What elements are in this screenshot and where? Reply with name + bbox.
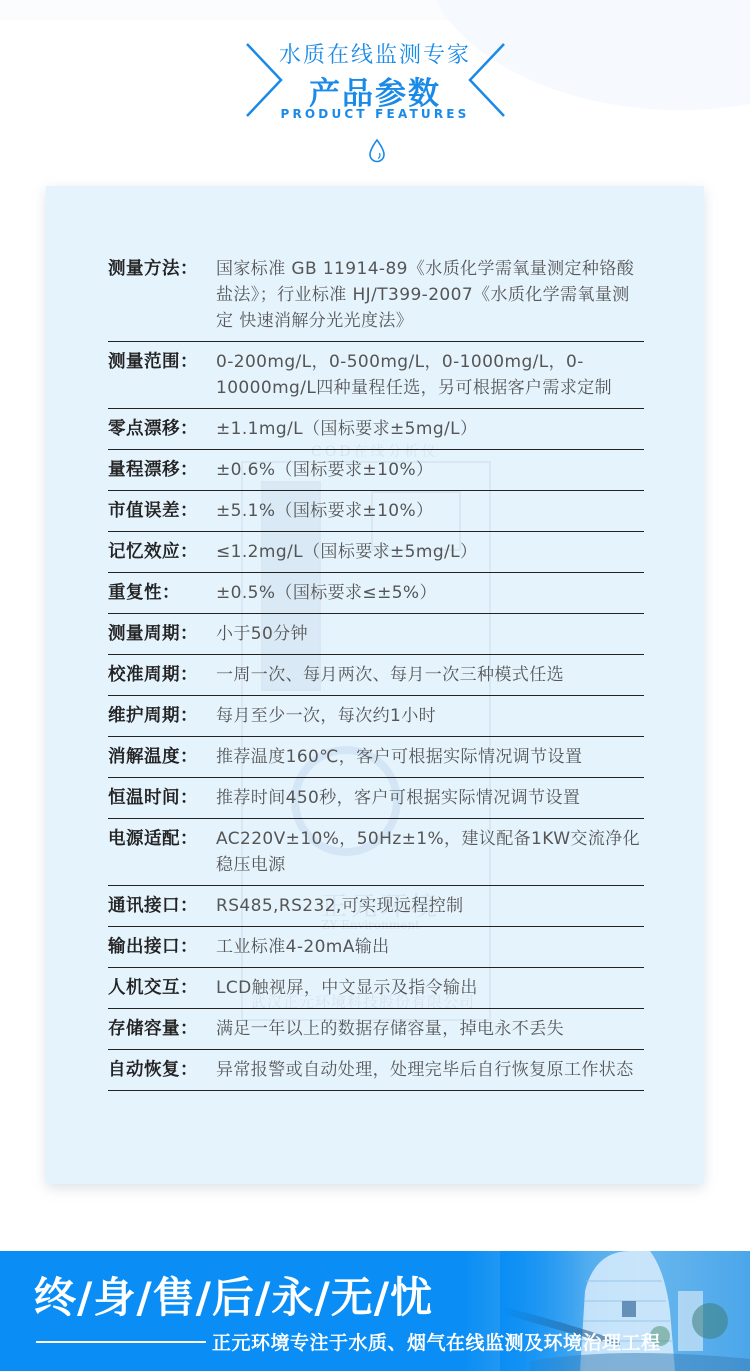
- spec-value: ≤1.2mg/L（国标要求±5mg/L）: [216, 539, 644, 565]
- spec-label: 存储容量：: [108, 1016, 216, 1042]
- spec-row-repeatability: 重复性： ±0.5%（国标要求≤±5%）: [108, 580, 644, 614]
- spec-value: 0-200mg/L，0-500mg/L，0-1000mg/L，0-10000mg…: [216, 349, 644, 401]
- spec-value: 推荐时间450秒，客户可根据实际情况调节设置: [216, 785, 644, 811]
- spec-value: 国家标准 GB 11914-89《水质化学需氧量测定种铬酸盐法》；行业标准 HJ…: [216, 256, 644, 334]
- spec-row-memory-effect: 记忆效应： ≤1.2mg/L（国标要求±5mg/L）: [108, 539, 644, 573]
- spec-value: 小于50分钟: [216, 621, 644, 647]
- spec-label: 通讯接口：: [108, 893, 216, 919]
- spec-value: RS485,RS232,可实现远程控制: [216, 893, 644, 919]
- spec-label: 测量方法：: [108, 256, 216, 334]
- section-header: 水质在线监测专家 产品参数 PRODUCT FEATURES: [0, 0, 750, 170]
- spec-value: AC220V±10%，50Hz±1%，建议配备1KW交流净化稳压电源: [216, 826, 644, 878]
- spec-row-maintenance-cycle: 维护周期： 每月至少一次，每次约1小时: [108, 703, 644, 737]
- spec-label: 电源适配：: [108, 826, 216, 878]
- spec-label: 消解温度：: [108, 744, 216, 770]
- spec-label: 重复性：: [108, 580, 216, 606]
- spec-label: 零点漂移：: [108, 416, 216, 442]
- spec-label: 维护周期：: [108, 703, 216, 729]
- spec-row-zero-drift: 零点漂移： ±1.1mg/L（国标要求±5mg/L）: [108, 416, 644, 450]
- spec-value: ±0.6%（国标要求±10%）: [216, 457, 644, 483]
- spec-row-method: 测量方法： 国家标准 GB 11914-89《水质化学需氧量测定种铬酸盐法》；行…: [108, 256, 644, 342]
- spec-label: 人机交互：: [108, 975, 216, 1001]
- spec-row-auto-recovery: 自动恢复： 异常报警或自动处理，处理完毕后自行恢复原工作状态: [108, 1057, 644, 1091]
- spec-row-error: 市值误差： ±5.1%（国标要求±10%）: [108, 498, 644, 532]
- spec-label: 量程漂移：: [108, 457, 216, 483]
- spec-value: 满足一年以上的数据存储容量，掉电永不丢失: [216, 1016, 644, 1042]
- spec-row-constant-temp-time: 恒温时间： 推荐时间450秒，客户可根据实际情况调节设置: [108, 785, 644, 819]
- spec-row-range: 测量范围： 0-200mg/L，0-500mg/L，0-1000mg/L，0-1…: [108, 349, 644, 409]
- spec-value: ±5.1%（国标要求±10%）: [216, 498, 644, 524]
- spec-value: 异常报警或自动处理，处理完毕后自行恢复原工作状态: [216, 1057, 644, 1083]
- spec-value: LCD触视屏，中文显示及指令输出: [216, 975, 644, 1001]
- banner-divider: [36, 1341, 206, 1343]
- spec-row-storage: 存储容量： 满足一年以上的数据存储容量，掉电永不丢失: [108, 1016, 644, 1050]
- spec-label: 市值误差：: [108, 498, 216, 524]
- spec-value: ±0.5%（国标要求≤±5%）: [216, 580, 644, 606]
- spec-row-digestion-temp: 消解温度： 推荐温度160℃，客户可根据实际情况调节设置: [108, 744, 644, 778]
- spec-value: 工业标准4-20mA输出: [216, 934, 644, 960]
- water-drop-icon: [367, 138, 387, 164]
- spec-label: 自动恢复：: [108, 1057, 216, 1083]
- spec-value: 推荐温度160℃，客户可根据实际情况调节设置: [216, 744, 644, 770]
- banner-title: 终/身/售/后/永/无/忧: [34, 1265, 433, 1325]
- spec-value: 每月至少一次，每次约1小时: [216, 703, 644, 729]
- spec-row-comm-interface: 通讯接口： RS485,RS232,可实现远程控制: [108, 893, 644, 927]
- spec-card: COD在线分析仪 正元环境 ZY Environment 武汉正元环境科技股份有…: [46, 186, 704, 1184]
- spec-value: ±1.1mg/L（国标要求±5mg/L）: [216, 416, 644, 442]
- spec-row-hmi: 人机交互： LCD触视屏，中文显示及指令输出: [108, 975, 644, 1009]
- spec-row-output-interface: 输出接口： 工业标准4-20mA输出: [108, 934, 644, 968]
- spec-label: 输出接口：: [108, 934, 216, 960]
- spec-row-measure-cycle: 测量周期： 小于50分钟: [108, 621, 644, 655]
- spec-row-calibration-cycle: 校准周期： 一周一次、每月两次、每月一次三种模式任选: [108, 662, 644, 696]
- spec-label: 校准周期：: [108, 662, 216, 688]
- spec-value: 一周一次、每月两次、每月一次三种模式任选: [216, 662, 644, 688]
- banner-subtitle: 正元环境专注于水质、烟气在线监测及环境治理工程: [212, 1328, 661, 1355]
- after-sales-banner: 终/身/售/后/永/无/忧 正元环境专注于水质、烟气在线监测及环境治理工程: [0, 1251, 750, 1371]
- page-title-en: PRODUCT FEATURES: [0, 107, 750, 121]
- spec-list: 测量方法： 国家标准 GB 11914-89《水质化学需氧量测定种铬酸盐法》；行…: [108, 256, 644, 1098]
- spec-label: 测量周期：: [108, 621, 216, 647]
- spec-label: 测量范围：: [108, 349, 216, 401]
- spec-label: 恒温时间：: [108, 785, 216, 811]
- spec-label: 记忆效应：: [108, 539, 216, 565]
- spec-row-power: 电源适配： AC220V±10%，50Hz±1%，建议配备1KW交流净化稳压电源: [108, 826, 644, 886]
- header-subtitle: 水质在线监测专家: [0, 38, 750, 69]
- spec-row-span-drift: 量程漂移： ±0.6%（国标要求±10%）: [108, 457, 644, 491]
